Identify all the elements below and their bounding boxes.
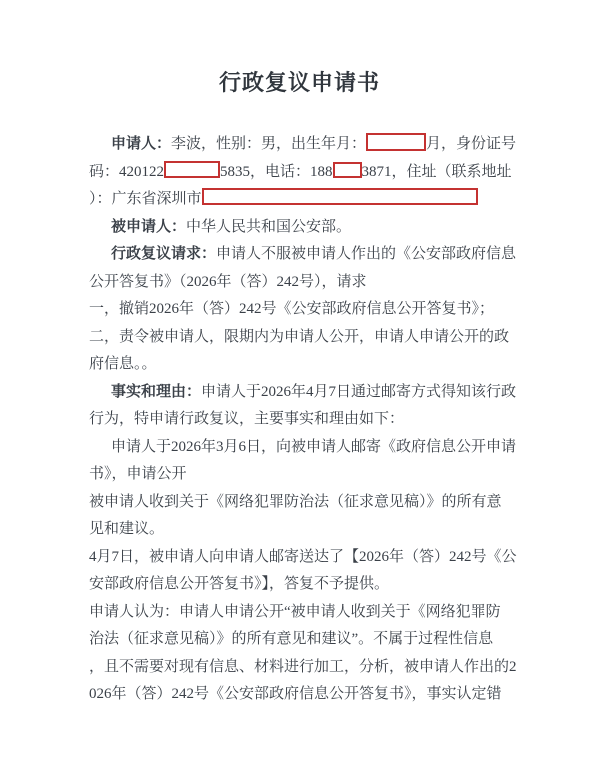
redaction-box-phone <box>333 162 362 178</box>
request-label: 行政复议请求： <box>111 246 216 262</box>
respondent-name: 中华人民共和国公安部。 <box>186 219 351 235</box>
document-page: 行政复议申请书 申请人：李波，性别：男，出生年月：月，身份证号 码：420122… <box>0 0 599 775</box>
respondent-line: 被申请人：中华人民共和国公安部。 <box>89 214 529 242</box>
id-number-prefix: 码：420122 <box>89 164 164 180</box>
applicant-label: 申请人： <box>111 136 171 152</box>
facts-text: 申请人于2026年4月7日通过邮寄方式得知该行政 <box>201 384 516 400</box>
phone-prefix: 5835，电话：188 <box>220 164 333 180</box>
facts-line-5: 被申请人收到关于《网络犯罪防治法（征求意见稿）》的所有意 <box>89 489 529 517</box>
address-label: 3871，住址（联系地址 <box>362 164 512 180</box>
opinion-line-2: 治法（征求意见稿）》的所有意见和建议”。不属于过程性信息 <box>89 626 529 654</box>
facts-paragraph-4: 4月7日，被申请人向申请人邮寄送达了【2026年（答）242号《公 <box>89 549 517 565</box>
opinion-line-4: 026年（答）242号《公安部政府信息公开答复书》，事实认定错 <box>89 681 529 709</box>
address-prefix: ）：广东省深圳市 <box>89 191 202 207</box>
applicant-info: 李波，性别：男，出生年月： <box>171 136 366 152</box>
request-item-1: 一，撤销2026年（答）242号《公安部政府信息公开答复书》； <box>89 296 529 324</box>
facts-paragraph-2: 申请人于2026年3月6日，向被申请人邮寄《政府信息公开申请 <box>111 439 516 455</box>
facts-line-4: 书》，申请公开 <box>89 461 529 489</box>
request-item-2: 二，责令被申请人，限期内为申请人公开，申请人申请公开的政 <box>89 324 529 352</box>
facts-line-1: 事实和理由：申请人于2026年4月7日通过邮寄方式得知该行政 <box>89 379 529 407</box>
facts-paragraph-4-cont: 安部政府信息公开答复书》】，答复不予提供。 <box>89 576 389 592</box>
opinion-text-2: 治法（征求意见稿）》的所有意见和建议”。不属于过程性信息 <box>89 631 493 647</box>
facts-line-3: 申请人于2026年3月6日，向被申请人邮寄《政府信息公开申请 <box>89 434 529 462</box>
request-item-2-cont: 府信息。。 <box>89 351 529 379</box>
facts-paragraph-2-cont: 书》，申请公开 <box>89 466 187 482</box>
applicant-line-1: 申请人：李波，性别：男，出生年月：月，身份证号 <box>89 131 529 159</box>
request-text: 申请人不服被申请人作出的《公安部政府信息 <box>216 246 516 262</box>
facts-paragraph-3-cont: 见和建议。 <box>89 521 164 537</box>
facts-line-2: 行为，特申请行政复议，主要事实和理由如下： <box>89 406 529 434</box>
facts-paragraph-3: 被申请人收到关于《网络犯罪防治法（征求意见稿）》的所有意 <box>89 494 502 510</box>
facts-line-7: 4月7日，被申请人向申请人邮寄送达了【2026年（答）242号《公 <box>89 544 529 572</box>
opinion-text-4: 026年（答）242号《公安部政府信息公开答复书》，事实认定错 <box>89 686 502 702</box>
applicant-info-cont: 月，身份证号 <box>426 136 516 152</box>
opinion-line-3: ，且不需要对现有信息、材料进行加工，分析，被申请人作出的2 <box>89 654 529 682</box>
redaction-box-id-number <box>164 161 220 178</box>
opinion-line-1: 申请人认为：申请人申请公开“被申请人收到关于《网络犯罪防 <box>89 599 529 627</box>
document-title: 行政复议申请书 <box>0 66 599 97</box>
request-line-2: 公开答复书》（2026年（答）242号），请求 <box>89 269 529 297</box>
redaction-box-address <box>202 188 478 205</box>
applicant-line-3: ）：广东省深圳市 <box>89 186 529 214</box>
applicant-line-2: 码：4201225835，电话：1883871，住址（联系地址 <box>89 159 529 187</box>
redaction-box-birthdate <box>366 133 426 151</box>
facts-line-8: 安部政府信息公开答复书》】，答复不予提供。 <box>89 571 529 599</box>
opinion-text-1: 申请人认为：申请人申请公开“被申请人收到关于《网络犯罪防 <box>89 604 501 620</box>
facts-line-6: 见和建议。 <box>89 516 529 544</box>
facts-label: 事实和理由： <box>111 384 201 400</box>
request-line-1: 行政复议请求：申请人不服被申请人作出的《公安部政府信息 <box>89 241 529 269</box>
opinion-text-3: ，且不需要对现有信息、材料进行加工，分析，被申请人作出的2 <box>89 659 517 675</box>
request-item-2-cont-text: 府信息。。 <box>89 356 157 372</box>
document-body: 申请人：李波，性别：男，出生年月：月，身份证号 码：4201225835，电话：… <box>89 131 529 709</box>
request-item-2-text: 二，责令被申请人，限期内为申请人公开，申请人申请公开的政 <box>89 329 509 345</box>
respondent-label: 被申请人： <box>111 219 186 235</box>
request-text-cont: 公开答复书》（2026年（答）242号），请求 <box>89 274 367 290</box>
request-item-1-text: 一，撤销2026年（答）242号《公安部政府信息公开答复书》； <box>89 301 494 317</box>
facts-text-cont: 行为，特申请行政复议，主要事实和理由如下： <box>89 411 404 427</box>
